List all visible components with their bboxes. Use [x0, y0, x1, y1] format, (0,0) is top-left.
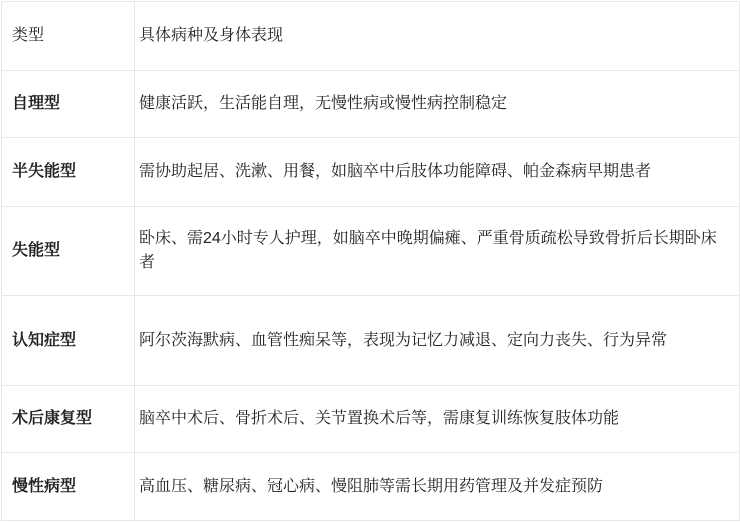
row-desc-text: 脑卒中术后、骨折术后、关节置换术后等，需康复训练恢复肢体功能: [135, 386, 740, 453]
care-types-page: 类型 具体病种及身体表现 自理型 健康活跃，生活能自理，无慢性病或慢性病控制稳定…: [0, 0, 740, 523]
header-cell-desc: 具体病种及身体表现: [135, 2, 740, 71]
row-desc-text: 需协助起居、洗漱、用餐，如脑卒中后肢体功能障碍、帕金森病早期患者: [135, 138, 740, 207]
row-type-label: 认知症型: [2, 296, 135, 386]
row-type-label: 失能型: [2, 207, 135, 296]
row-desc-text: 高血压、糖尿病、冠心病、慢阻肺等需长期用药管理及并发症预防: [135, 453, 740, 521]
row-desc-text: 健康活跃，生活能自理，无慢性病或慢性病控制稳定: [135, 71, 740, 138]
row-type-label: 术后康复型: [2, 386, 135, 453]
table-header-row: 类型 具体病种及身体表现: [2, 2, 740, 71]
row-type-label: 慢性病型: [2, 453, 135, 521]
row-type-label: 半失能型: [2, 138, 135, 207]
header-cell-type: 类型: [2, 2, 135, 71]
row-type-label: 自理型: [2, 71, 135, 138]
table-row: 失能型 卧床、需24小时专人护理，如脑卒中晚期偏瘫、严重骨质疏松导致骨折后长期卧…: [2, 207, 740, 296]
table-row: 半失能型 需协助起居、洗漱、用餐，如脑卒中后肢体功能障碍、帕金森病早期患者: [2, 138, 740, 207]
row-desc-text: 卧床、需24小时专人护理，如脑卒中晚期偏瘫、严重骨质疏松导致骨折后长期卧床者: [135, 207, 740, 296]
table-row: 自理型 健康活跃，生活能自理，无慢性病或慢性病控制稳定: [2, 71, 740, 138]
table-row: 慢性病型 高血压、糖尿病、冠心病、慢阻肺等需长期用药管理及并发症预防: [2, 453, 740, 521]
care-types-table: 类型 具体病种及身体表现 自理型 健康活跃，生活能自理，无慢性病或慢性病控制稳定…: [1, 1, 740, 521]
table-row: 术后康复型 脑卒中术后、骨折术后、关节置换术后等，需康复训练恢复肢体功能: [2, 386, 740, 453]
row-desc-text: 阿尔茨海默病、血管性痴呆等，表现为记忆力减退、定向力丧失、行为异常: [135, 296, 740, 386]
table-row: 认知症型 阿尔茨海默病、血管性痴呆等，表现为记忆力减退、定向力丧失、行为异常: [2, 296, 740, 386]
